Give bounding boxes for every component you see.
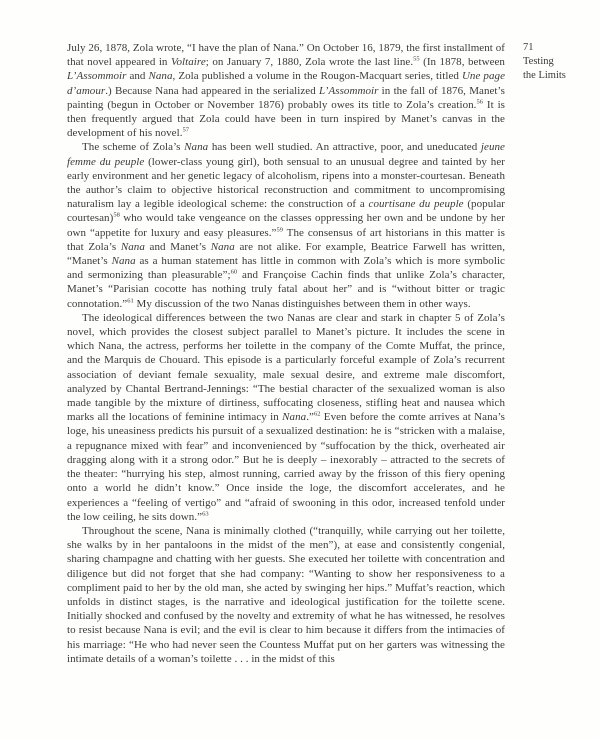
italic-text-segment: Voltaire	[171, 56, 206, 68]
paragraph: The ideological differences between the …	[67, 311, 505, 524]
text-segment: ; on January 7, 1880, Zola wrote the las…	[206, 56, 413, 68]
paragraph: July 26, 1878, Zola wrote, “I have the p…	[67, 41, 505, 140]
text-segment: Throughout the scene, Nana is minimally …	[67, 525, 505, 665]
text-segment: .) Because Nana had appeared in the seri…	[105, 85, 319, 97]
paragraph: The scheme of Zola’s Nana has been well …	[67, 140, 505, 310]
footnote-reference: 63	[202, 510, 209, 517]
book-page: July 26, 1878, Zola wrote, “I have the p…	[0, 0, 600, 739]
text-segment: Even before the comte arrives at Nana’s …	[67, 411, 505, 522]
footnote-reference: 57	[183, 127, 190, 134]
text-segment: and	[126, 70, 148, 82]
italic-text-segment: Nana	[121, 241, 145, 253]
italic-text-segment: L’Assommoir	[319, 85, 378, 97]
italic-text-segment: Nana	[211, 241, 235, 253]
italic-text-segment: Nana	[149, 70, 173, 82]
text-segment: My discussion of the two Nanas distingui…	[134, 298, 471, 310]
italic-text-segment: Nana	[184, 141, 208, 153]
paragraph: Throughout the scene, Nana is minimally …	[67, 524, 505, 666]
italic-text-segment: courtisane du peuple	[369, 198, 464, 210]
text-segment: and Manet’s	[145, 241, 211, 253]
italic-text-segment: L’Assommoir	[67, 70, 126, 82]
italic-text-segment: Nana	[282, 411, 306, 423]
italic-text-segment: Nana	[112, 255, 136, 267]
page-number: 71	[523, 41, 593, 55]
running-head-line-2: the Limits	[523, 69, 593, 83]
running-head-line-1: Testing	[523, 55, 593, 69]
body-text: July 26, 1878, Zola wrote, “I have the p…	[67, 41, 505, 666]
text-segment: .”	[306, 411, 314, 423]
marginalia: 71 Testing the Limits	[523, 41, 593, 84]
text-segment: The ideological differences between the …	[67, 312, 505, 423]
text-segment: has been well studied. An attractive, po…	[208, 141, 481, 153]
text-segment: , Zola published a volume in the Rougon-…	[173, 70, 462, 82]
text-segment: The scheme of Zola’s	[82, 141, 184, 153]
text-segment: (In 1878, between	[420, 56, 505, 68]
